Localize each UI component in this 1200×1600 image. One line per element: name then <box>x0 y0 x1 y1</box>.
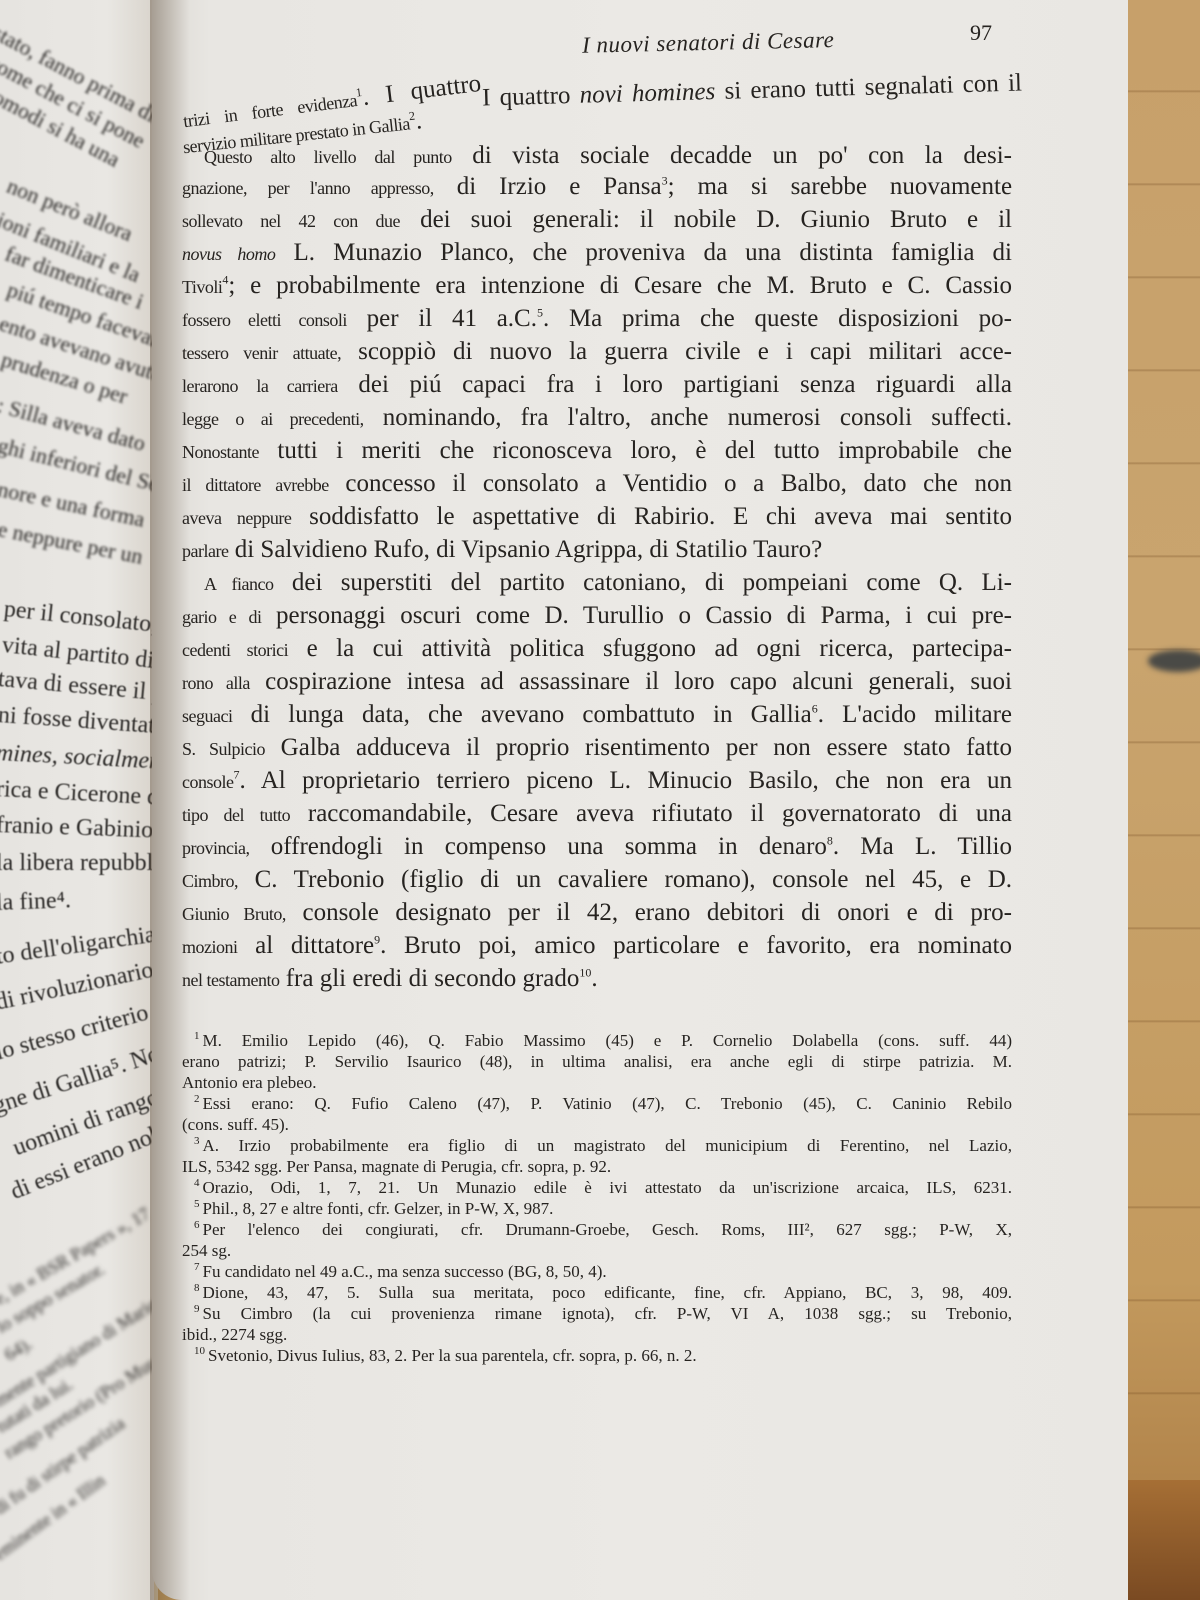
footnote-7: 7Fu candidato nel 49 a.C., ma senza succ… <box>182 1261 1012 1282</box>
main-text-block: I quattro novi homines si erano tutti se… <box>182 74 1012 1031</box>
text-line: gnazione, per l'anno appresso, di Irzio … <box>182 170 1012 203</box>
running-title: I nuovi senatori di Cesare <box>582 23 1002 59</box>
text-line: nel testamento fra gli eredi di secondo … <box>182 962 1012 995</box>
text-line: sollevato nel 42 con due dei suoi genera… <box>182 203 1012 236</box>
footnote-5: 5Phil., 8, 27 e altre fonti, cfr. Gelzer… <box>182 1198 1012 1219</box>
text-line: console7. Al proprietario terriero picen… <box>182 764 1012 797</box>
text-line: cedenti storici e la cui attività politi… <box>182 632 1012 665</box>
text-line: parlare di Salvidieno Rufo, di Vipsanio … <box>182 533 1012 566</box>
footnote-1-cont: erano patrizi; P. Servilio Isaurico (48)… <box>182 1051 1012 1072</box>
footnote-2-cont: (cons. suff. 45). <box>182 1114 1012 1135</box>
text-line: aveva neppure soddisfatto le aspettative… <box>182 500 1012 533</box>
text-line: Giunio Bruto, console designato per il 4… <box>182 896 1012 929</box>
text-line: novus homo L. Munazio Planco, che proven… <box>182 236 1012 269</box>
text-line: tessero venir attuate, scoppiò di nuovo … <box>182 335 1012 368</box>
left-page-fragment: ni fosse diventato con <box>0 702 158 744</box>
text-line: il dittatore avrebbe concesso il consola… <box>182 467 1012 500</box>
footnote-8: 8Dione, 43, 47, 5. Sulla sua meritata, p… <box>182 1282 1012 1303</box>
left-page-fragment: la libera repubblica: in <box>0 850 158 877</box>
left-page-fragment: franio e Gabinio². Ma <box>0 812 158 846</box>
left-page: stato, fanno prima di come che ci si pon… <box>0 0 158 1600</box>
footnote-10: 10Svetonio, Divus Iulius, 83, 2. Per la … <box>182 1345 1012 1366</box>
left-page-fragment: mines, socialmente pi <box>0 740 158 778</box>
text-line: gario e di personaggi oscuri come D. Tur… <box>182 599 1012 632</box>
text-line: provincia, offrendogli in compenso una s… <box>182 830 1012 863</box>
text-line: Tivoli4; e probabilmente era intenzione … <box>182 269 1012 302</box>
text-line: mozioni al dittatore9. Bruto poi, amico … <box>182 929 1012 962</box>
text-line: Cimbro, C. Trebonio (figlio di un cavali… <box>182 863 1012 896</box>
footnote-9-cont: ibid., 2274 sgg. <box>182 1324 1012 1345</box>
text-line: I quattro novi homines si erano tutti se… <box>482 66 1023 114</box>
wooden-table-background <box>1128 0 1200 1600</box>
left-page-footnote-fragment: 64). <box>1 1333 36 1365</box>
page-number: 97 <box>970 20 992 46</box>
footnote-6-cont: 254 sg. <box>182 1240 1012 1261</box>
right-page: I nuovi senatori di Cesare 97 I quattro … <box>152 0 1128 1600</box>
text-line: S. Sulpicio Galba adduceva il proprio ri… <box>182 731 1012 764</box>
wood-knot <box>1148 650 1200 672</box>
text-line: lerarono la carriera dei piú capaci fra … <box>182 368 1012 401</box>
text-line: tipo del tutto raccomandabile, Cesare av… <box>182 797 1012 830</box>
text-line: legge o ai precedenti, nominando, fra l'… <box>182 401 1012 434</box>
text-line: fossero eletti consoli per il 41 a.C.5. … <box>182 302 1012 335</box>
footnote-3: 3A. Irzio probabilmente era figlio di un… <box>182 1135 1012 1156</box>
footnote-2: 2Essi erano: Q. Fufio Caleno (47), P. Va… <box>182 1093 1012 1114</box>
text-line: Questo alto livello dal punto di vista s… <box>182 139 1012 172</box>
wooden-table-edge <box>1128 1480 1200 1600</box>
left-page-fragment: la fine⁴. <box>0 887 71 917</box>
footnote-3-cont: ILS, 5342 sgg. Per Pansa, magnate di Per… <box>182 1156 1012 1177</box>
text-line: A fianco dei superstiti del partito cato… <box>182 566 1012 599</box>
footnote-1-cont: Antonio era plebeo. <box>182 1072 1012 1093</box>
footnote-9: 9Su Cimbro (la cui provenienza rimane ig… <box>182 1303 1012 1324</box>
footnote-6: 6Per l'elenco dei congiurati, cfr. Druma… <box>182 1219 1012 1240</box>
footnote-4: 4Orazio, Odi, 1, 7, 21. Un Munazio edile… <box>182 1177 1012 1198</box>
footnote-1: 1M. Emilio Lepido (46), Q. Fabio Massimo… <box>182 1030 1012 1051</box>
text-line: Nonostante tutti i meriti che riconoscev… <box>182 434 1012 467</box>
text-line: seguaci di lunga data, che avevano comba… <box>182 698 1012 731</box>
footnotes-block: 1M. Emilio Lepido (46), Q. Fabio Massimo… <box>182 1030 1012 1366</box>
text-line: rono alla cospirazione intesa ad assassi… <box>182 665 1012 698</box>
left-page-fragment: rica e Cicerone diven <box>0 776 158 814</box>
